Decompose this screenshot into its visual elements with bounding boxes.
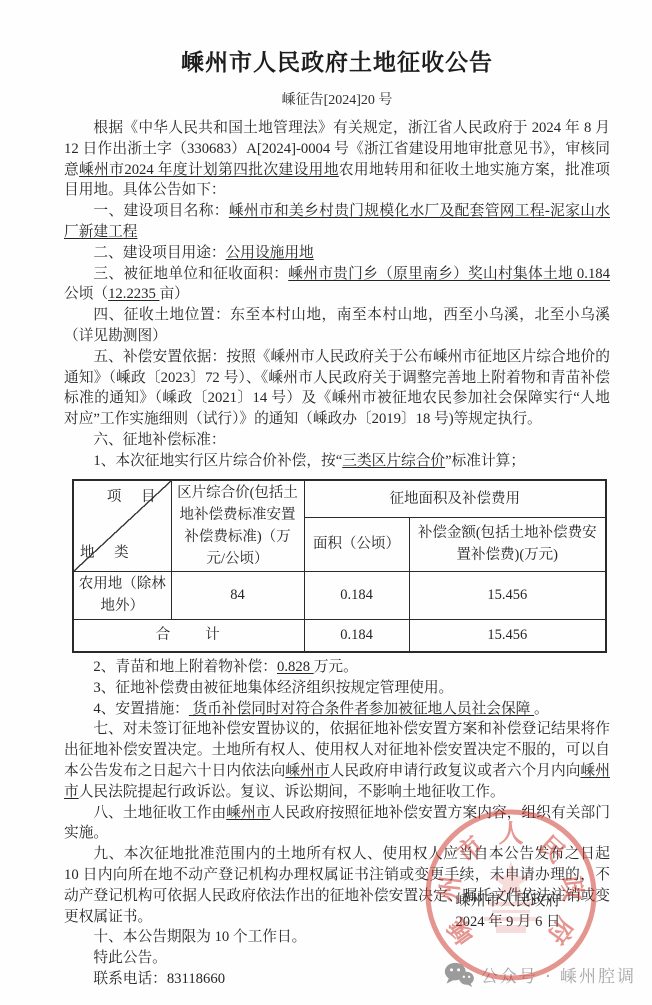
paragraph-intro: 根据《中华人民共和国土地管理法》有关规定，浙江省人民政府于 2024 年 8 月… — [64, 118, 610, 201]
text-segment: 2、青苗和地上附着物补偿： — [93, 659, 277, 675]
corner-label-project: 项 目 — [107, 486, 164, 508]
amount-value-cell: 15.456 — [409, 571, 606, 619]
signature-date: 2024 年 9 月 6 日 — [438, 912, 578, 933]
area-header-cell: 面积（公顷） — [304, 517, 409, 571]
underlined-text: 嵊州市 — [226, 805, 270, 821]
paragraph-compensation-basis: 五、补偿安置依据：按照《嵊州市人民政府关于公布嵊州市征地区片综合地价的通知》（嵊… — [64, 347, 610, 430]
text-segment: 人民政府申请行政复议或者六个月内向 — [330, 763, 581, 779]
table-row: 农用地（除林地外） 84 0.184 15.456 — [73, 571, 606, 619]
text-segment: 万元。 — [314, 659, 358, 675]
table-total-row: 合 计 0.184 15.456 — [73, 619, 606, 652]
document-body: 根据《中华人民共和国土地管理法》有关规定，浙江省人民政府于 2024 年 8 月… — [64, 118, 610, 990]
text-segment: 公顷（ — [64, 286, 108, 302]
document-content: 嵊州市人民政府土地征收公告 嵊征告[2024]20 号 根据《中华人民共和国土地… — [0, 0, 652, 990]
underlined-text: 嵊州市2024 年度计划第四批次建设用地 — [79, 162, 339, 178]
paragraph-compensation-standard: 六、征地补偿标准： — [64, 430, 610, 451]
price-value-cell: 84 — [171, 571, 304, 619]
signature-issuer: 嵊州市人民政府 — [438, 891, 578, 912]
paragraph-seedling-compensation: 2、青苗和地上附着物补偿：0.828 万元。 — [64, 657, 610, 678]
paragraph-fee-management: 3、征地补偿费由被征地集体经济组织按规定管理使用。 — [64, 678, 610, 699]
text-segment: 八、土地征收工作由 — [93, 805, 226, 821]
text-segment: 联系电话：83118660 — [93, 971, 225, 987]
compensation-table: 项 目 地 类 区片综合价(包括土地补偿费标准安置补偿费标准)（万元/公顷） 征… — [72, 479, 607, 654]
paragraph-land-location: 四、征收土地位置：东至本村山地，南至本村山地，西至小乌溪，北至小乌溪（详见勘测图… — [64, 305, 610, 347]
text-segment: 特此公告。 — [93, 950, 166, 966]
document-number: 嵊征告[2024]20 号 — [64, 89, 610, 109]
paragraph-expropriated-unit: 三、被征地单位和征收面积：嵊州市贵门乡（原里南乡）奖山村集体土地 0.184 公… — [64, 264, 610, 306]
page-title: 嵊州市人民政府土地征收公告 — [64, 44, 610, 77]
total-area-cell: 0.184 — [304, 619, 409, 652]
text-segment: 。 — [534, 701, 549, 717]
paragraph-implementation: 八、土地征收工作由嵊州市人民政府按照征地补偿安置方案内容，组织有关部门实施。 — [64, 803, 610, 845]
amount-header-cell: 补偿金额(包括土地补偿费安置补偿费)(万元) — [409, 517, 606, 571]
underlined-text: 公用设施用地 — [226, 245, 314, 261]
text-segment: 六、征地补偿标准： — [93, 432, 225, 448]
text-segment: 亩） — [159, 286, 188, 302]
underlined-text: 三类区片综合价 — [342, 453, 445, 469]
group-header-cell: 征地面积及补偿费用 — [304, 480, 606, 518]
paragraph-project-name: 一、建设项目名称：嵊州市和美乡村贵门规模化水厂及配套管网工程-泥家山水厂新建工程 — [64, 201, 610, 243]
price-header-cell: 区片综合价(包括土地补偿费标准安置补偿费标准)（万元/公顷） — [171, 480, 304, 572]
area-value-cell: 0.184 — [304, 571, 409, 619]
text-segment: 四、征收土地位置：东至本村山地，南至本村山地，西至小乌溪，北至小乌溪（详见勘测图… — [64, 307, 610, 344]
footer-watermark: 公众号 · 嵊州腔调 — [444, 962, 636, 987]
underlined-text: 嵊州市贵门乡（原里南乡）奖山村集体土地 0.184 — [288, 266, 610, 282]
paragraph-project-use: 二、建设项目用途：公用设施用地 — [64, 243, 610, 264]
table-corner-cell: 项 目 地 类 — [73, 480, 171, 572]
underlined-text: 12.2235 — [108, 286, 159, 302]
text-segment: 3、征地补偿费由被征地集体经济组织按规定管理使用。 — [93, 680, 453, 696]
total-label-cell: 合 计 — [73, 619, 304, 652]
wechat-icon — [444, 962, 474, 987]
paragraph-comprehensive-price: 1、本次征地实行区片综合价补偿，按“三类区片综合价”标准计算； — [64, 451, 610, 472]
text-segment: 二、建设项目用途： — [93, 245, 225, 261]
text-segment: 三、被征地单位和征收面积： — [93, 266, 288, 282]
paragraph-appeal-rights: 七、对未签订征地补偿安置协议的，依据征地补偿安置方案和补偿登记结果将作出征地补偿… — [64, 719, 610, 802]
underlined-text: 0.828 — [277, 659, 314, 675]
announcement-page: 嵊州市人民政府土地征收公告 嵊征告[2024]20 号 根据《中华人民共和国土地… — [0, 0, 652, 1005]
footer-label: 公众号 · 嵊州腔调 — [481, 962, 636, 987]
total-amount-cell: 15.456 — [409, 619, 606, 652]
text-segment: ”标准计算； — [445, 453, 525, 469]
underlined-text: 嵊州市 — [285, 763, 329, 779]
text-segment: 4、安置措施： — [93, 701, 188, 717]
text-segment: 1、本次征地实行区片综合价补偿，按“ — [93, 453, 342, 469]
text-segment: 人民法院提起行政诉讼。复议、诉讼期间，不影响土地征收工作。 — [79, 784, 505, 800]
underlined-text: 货币补偿同时对符合条件者参加被征地人员社会保障 — [189, 701, 534, 717]
land-type-cell: 农用地（除林地外） — [73, 571, 171, 619]
corner-label-landtype: 地 类 — [80, 542, 137, 564]
paragraph-resettlement-measures: 4、安置措施： 货币补偿同时对符合条件者参加被征地人员社会保障 。 — [64, 699, 610, 720]
signature-block: 嵊州市人民政府 2024 年 9 月 6 日 — [438, 891, 578, 933]
text-segment: 十、本公告期限为 10 个工作日。 — [93, 929, 306, 945]
text-segment: 五、补偿安置依据：按照《嵊州市人民政府关于公布嵊州市征地区片综合地价的通知》（嵊… — [64, 349, 610, 427]
text-segment: 一、建设项目名称： — [93, 203, 228, 219]
